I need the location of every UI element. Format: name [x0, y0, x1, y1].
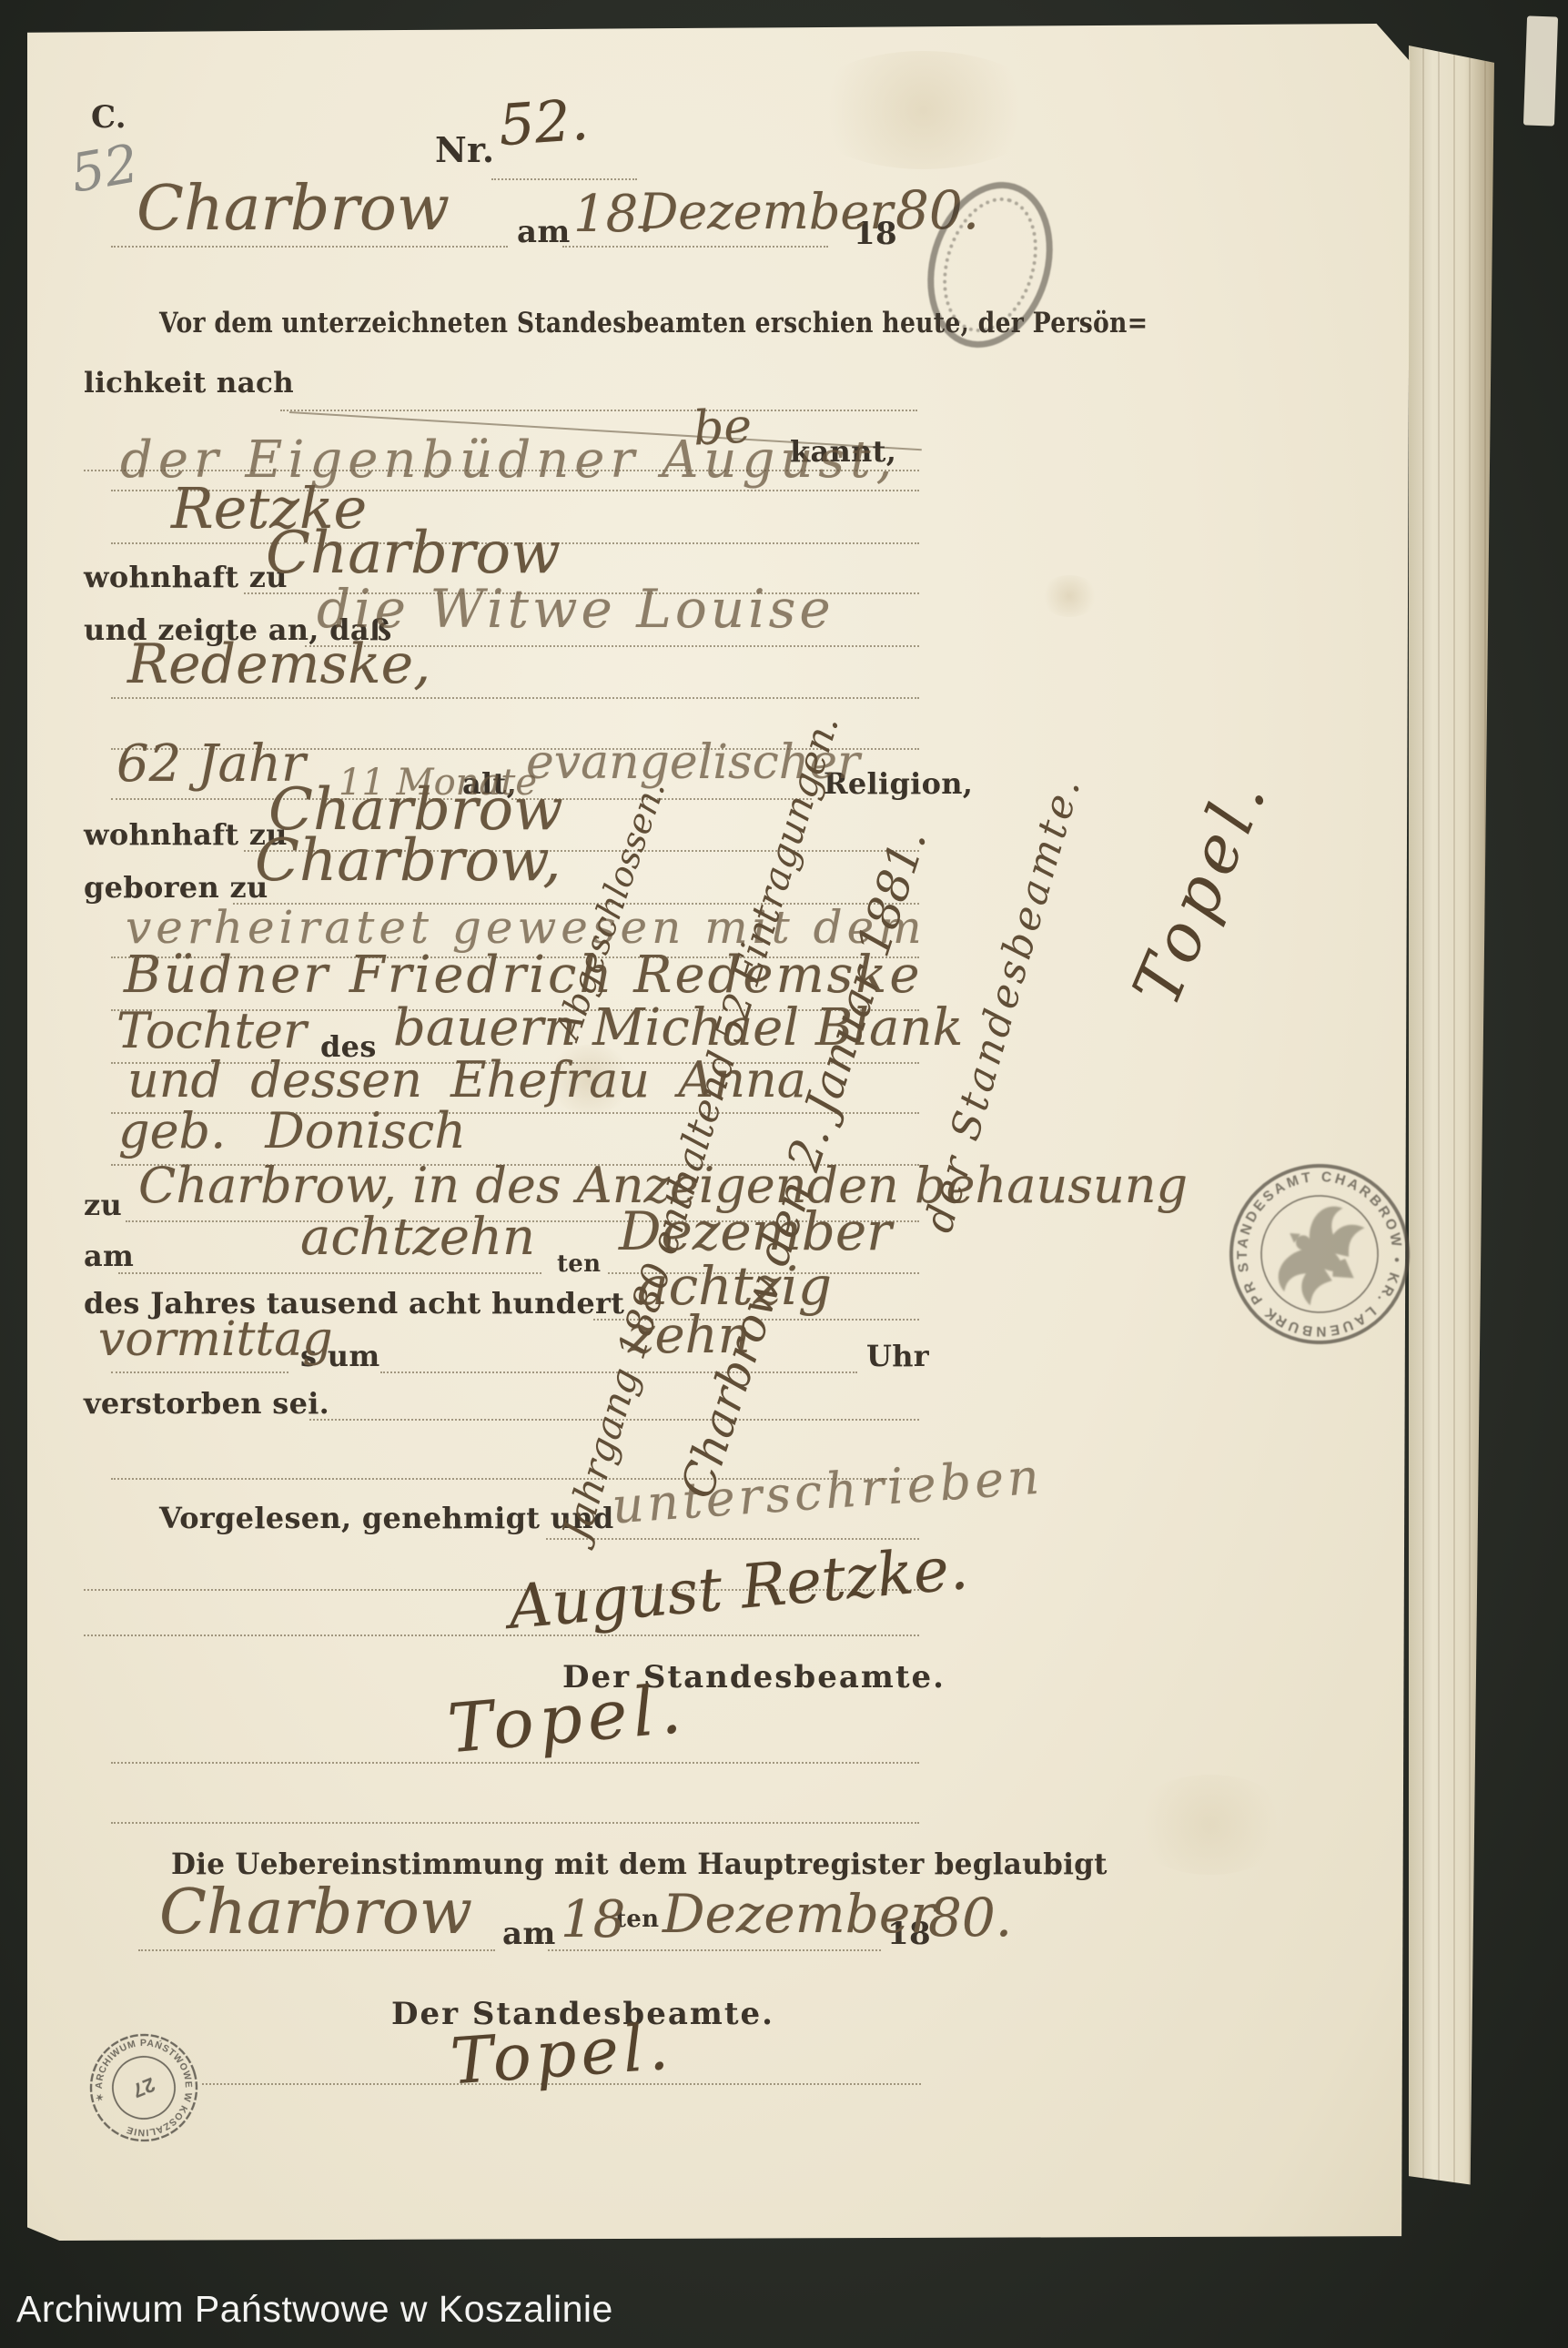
- wohnhaft-label: wohnhaft zu: [84, 562, 288, 592]
- page-corner-sliver: [1523, 15, 1558, 126]
- dotted-line: [280, 410, 917, 411]
- dateline-month: Dezember: [639, 187, 893, 237]
- registry-seal-stamp: K PR STANDESAMT CHARBROW • KR. LAUENBURG…: [1218, 1152, 1421, 1356]
- wohnhaft-value: Charbrow: [266, 524, 561, 582]
- archive-footer-caption: Archiwum Państwowe w Koszalinie: [16, 2288, 613, 2331]
- pencil-number: 52: [67, 137, 143, 200]
- dotted-line: [118, 1272, 541, 1274]
- certification-day: 18: [561, 1895, 625, 1946]
- dateline-place: Charbrow: [137, 178, 450, 240]
- am-death-label: am: [84, 1241, 134, 1270]
- form-corner-letter: C.: [91, 102, 126, 133]
- dotted-line: [111, 1371, 288, 1373]
- dotted-line: [491, 178, 637, 180]
- zu-label: zu: [84, 1190, 122, 1220]
- deceased-name: Redemske,: [127, 637, 430, 692]
- dotted-line: [111, 1822, 919, 1824]
- archive-stamp: ✶ ARCHIWUM PAŃSTWOWE W KOSZALINIE 27: [84, 2028, 204, 2148]
- certification-month: Dezember: [663, 1888, 936, 1940]
- dotted-line: [111, 697, 919, 699]
- official-signature-2: Topel.: [449, 2015, 675, 2094]
- death-day: achtzehn: [300, 1212, 535, 1263]
- verstorben-label: verstorben sei.: [84, 1389, 329, 1418]
- geboren-label: geboren zu: [84, 873, 268, 902]
- uhr-label: Uhr: [866, 1341, 929, 1371]
- certification-place: Charbrow: [159, 1882, 472, 1944]
- dotted-line: [84, 1634, 919, 1636]
- nr-value: 52.: [497, 92, 591, 155]
- married-line2: Büdner Friedrich Redemske: [124, 950, 922, 1001]
- intro-line2-label: lichkeit nach: [84, 369, 294, 398]
- vorgelesen-label: Vorgelesen, genehmigt und: [159, 1503, 614, 1533]
- am-label: am: [517, 217, 571, 248]
- underlying-page-edge: [1409, 46, 1494, 2193]
- certification-year-written: 80.: [928, 1891, 1012, 1944]
- married-line1: verheiratet gewesen mit dem: [126, 905, 926, 950]
- document-photo: C. 52 Nr. 52. Charbrow am 18. Dezember 1…: [0, 0, 1568, 2348]
- vormittag-handwritten: vormittag: [98, 1316, 333, 1363]
- nr-label: Nr.: [435, 133, 494, 167]
- zeigte-value: die Witwe Louise: [317, 582, 835, 635]
- mother-maiden-name: geb. Donisch: [118, 1107, 466, 1156]
- official-signature: Topel.: [445, 1675, 689, 1764]
- dotted-line: [546, 1538, 919, 1540]
- tochter-handwritten: Tochter: [116, 1007, 307, 1056]
- certification-line1: Die Uebereinstimmung mit dem Hauptregist…: [171, 1849, 1108, 1878]
- dotted-line: [138, 1949, 495, 1951]
- certification-am-label: am: [502, 1918, 556, 1949]
- geboren-value: Charbrow,: [255, 832, 561, 890]
- dotted-line: [562, 246, 828, 248]
- dotted-line: [548, 1949, 881, 1951]
- archive-stamp-number: 27: [129, 2073, 158, 2102]
- prussian-eagle-icon: [1260, 1191, 1383, 1320]
- dotted-line: [111, 246, 508, 248]
- ten-label: ten: [557, 1252, 601, 1276]
